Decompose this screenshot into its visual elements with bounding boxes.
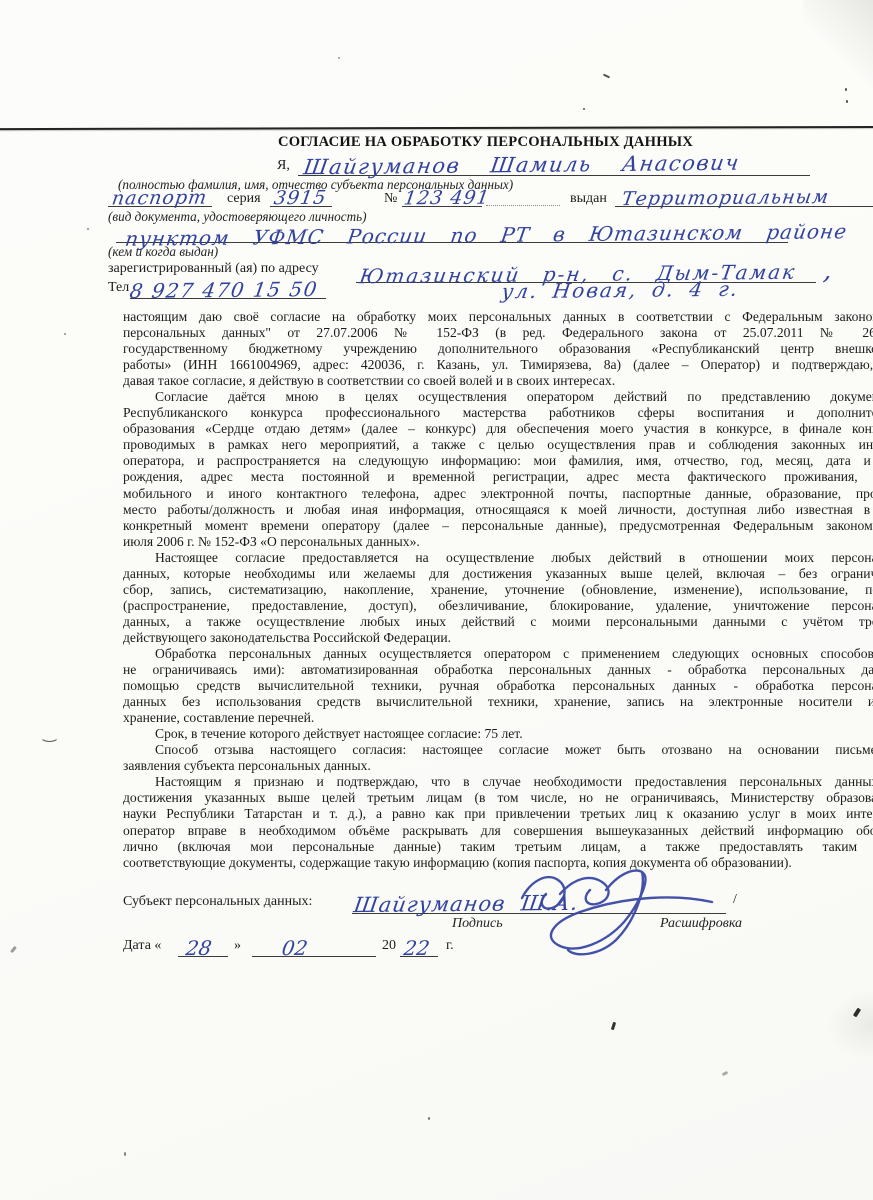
- full-name-handwriting: Шайгуманов Шамиль Анасович: [302, 153, 741, 179]
- scanned-consent-document: СОГЛАСИЕ НА ОБРАБОТКУ ПЕРСОНАЛЬНЫХ ДАННЫ…: [0, 0, 873, 1200]
- date-month-handwriting: 02: [281, 938, 309, 958]
- body-text-line: помощью средств вычислительной техники, …: [123, 678, 873, 694]
- doc-type-handwriting: паспорт: [111, 189, 209, 209]
- body-text-line: сбор, запись, систематизацию, накопление…: [123, 582, 873, 598]
- body-text-line: оператора, и распространяется на следующ…: [123, 453, 873, 469]
- i-label: Я,: [277, 158, 290, 174]
- body-text-line: Способ отзыва настоящего согласия: насто…: [123, 742, 873, 758]
- series-handwriting: 3915: [273, 189, 328, 209]
- body-text-line: Республиканского конкурса профессиональн…: [123, 405, 873, 421]
- issued-by-handwriting-line1: Территориальным: [620, 188, 830, 209]
- body-text-line: не ограничиваясь ими): автоматизированна…: [123, 662, 873, 678]
- address-handwriting-line2: ул. Новая, д. 4 г.: [500, 279, 740, 301]
- year-prefix-label: 20: [382, 938, 396, 954]
- body-text-line: государственному бюджетному учреждению д…: [123, 341, 873, 357]
- year-suffix-label: г.: [446, 938, 454, 954]
- issued-by-field-line2: пунктом УФМС России по РТ в Ютазинском р…: [116, 219, 788, 243]
- number-label: №: [384, 191, 397, 207]
- body-text-line: Согласие даётся мною в целях осуществлен…: [123, 389, 873, 405]
- issued-label: выдан: [570, 191, 607, 207]
- scan-speck: [583, 108, 585, 110]
- number-field: 123 491: [402, 184, 482, 207]
- body-text-line: заявления субъекта персональных данных.: [123, 758, 873, 774]
- body-text-line: оператор вправе в необходимом объёме рас…: [123, 823, 873, 839]
- body-text-line: хранение, составление перечней.: [123, 710, 873, 726]
- scan-speck: [611, 1022, 616, 1031]
- phone-label: Тел: [108, 280, 129, 296]
- scan-pen-mark: [40, 731, 59, 742]
- date-day-handwriting: 28: [185, 938, 213, 958]
- scan-corner-shadow-top-right: [803, 0, 873, 95]
- scan-speck: [722, 1071, 729, 1076]
- scan-corner-shadow-bottom-right: [827, 990, 873, 1060]
- body-text-line: достижения указанных выше целей третьим …: [123, 790, 873, 806]
- body-text-line: настоящим даю своё согласие на обработку…: [123, 309, 873, 325]
- body-text-line: данных, а также осуществление любых иных…: [123, 614, 873, 630]
- scan-speck: [124, 1152, 126, 1156]
- scan-speck: [428, 1117, 430, 1120]
- scan-edge-line: [0, 126, 873, 130]
- scan-speck: [846, 100, 848, 103]
- body-text-line: проводимых в рамках него мероприятий, а …: [123, 437, 873, 453]
- date-year-handwriting: 22: [403, 938, 431, 958]
- scan-speck: [338, 57, 340, 59]
- body-text-line: соответствующие документы, содержащие та…: [123, 855, 873, 871]
- series-label: серия: [227, 191, 261, 207]
- quote-close-label: »: [234, 938, 241, 954]
- scan-speck: [87, 228, 89, 230]
- body-text-line: место работы/должность и любая иная инфо…: [123, 502, 873, 518]
- scan-speck: [10, 946, 17, 953]
- doc-type-field: паспорт: [108, 184, 212, 207]
- issued-by-field-line1: Территориальным: [615, 184, 873, 207]
- body-text-line: данных, которые необходимы или желаемы д…: [123, 566, 873, 582]
- document-body: настоящим даю своё согласие на обработку…: [123, 309, 873, 871]
- date-label: Дата «: [123, 938, 161, 954]
- body-text-line: давая такое согласие, я действую в соотв…: [123, 373, 873, 389]
- date-year-field: 22: [400, 932, 438, 957]
- series-field: 3915: [270, 184, 332, 207]
- phone-field: 8 927 470 15 50: [130, 275, 326, 299]
- body-text-line: действующего законодательства Российской…: [123, 630, 873, 646]
- body-text-line: данных без использования средств вычисли…: [123, 694, 873, 710]
- body-text-line: рождения, адрес места постоянной и време…: [123, 469, 873, 485]
- subject-label: Субъект персональных данных:: [123, 894, 312, 910]
- phone-handwriting: 8 927 470 15 50: [128, 279, 319, 301]
- body-text-line: работы» (ИНН 1661004969, адрес: 420036, …: [123, 357, 873, 373]
- body-text-line: июля 2006 г. № 152-ФЗ «О персональных да…: [123, 534, 873, 550]
- signature-caption: Подпись: [452, 916, 503, 932]
- body-text-line: Настоящим я признаю и подтверждаю, что в…: [123, 774, 873, 790]
- number-field-dotted: [486, 184, 560, 206]
- document-title: СОГЛАСИЕ НА ОБРАБОТКУ ПЕРСОНАЛЬНЫХ ДАННЫ…: [0, 134, 873, 151]
- body-text-line: мобильного и иного контактного телефона,…: [123, 486, 873, 502]
- scan-speck: [64, 333, 66, 335]
- body-text-line: (распространение, предоставление, доступ…: [123, 598, 873, 614]
- body-text-line: Срок, в течение которого действует насто…: [123, 726, 873, 742]
- issued-caption: (кем и когда выдан): [108, 244, 218, 260]
- signature-scribble: [516, 864, 734, 960]
- body-text-line: науки Республики Татарстан и т. д.), а р…: [123, 806, 873, 822]
- body-text-line: персональных данных" от 27.07.2006 № 152…: [123, 325, 873, 341]
- body-text-line: лично (включая мои персональные данные) …: [123, 839, 873, 855]
- body-text-line: конкретный момент времени оператору (дал…: [123, 518, 873, 534]
- body-text-line: Настоящее согласие предоставляется на ос…: [123, 550, 873, 566]
- body-text-line: образования «Сердце отдаю детям» (далее …: [123, 421, 873, 437]
- full-name-field: Шайгуманов Шамиль Анасович: [298, 152, 810, 176]
- body-text-line: Обработка персональных данных осуществля…: [123, 646, 873, 662]
- scan-speck: [603, 74, 610, 79]
- scan-speck: [845, 88, 847, 91]
- number-handwriting: 123 491: [403, 189, 492, 209]
- issued-by-handwriting-line2: пунктом УФМС России по РТ в Ютазинском р…: [124, 221, 849, 249]
- date-month-field: 02: [252, 932, 376, 957]
- address-comma-handwriting: ,: [822, 258, 834, 284]
- date-day-field: 28: [178, 932, 228, 957]
